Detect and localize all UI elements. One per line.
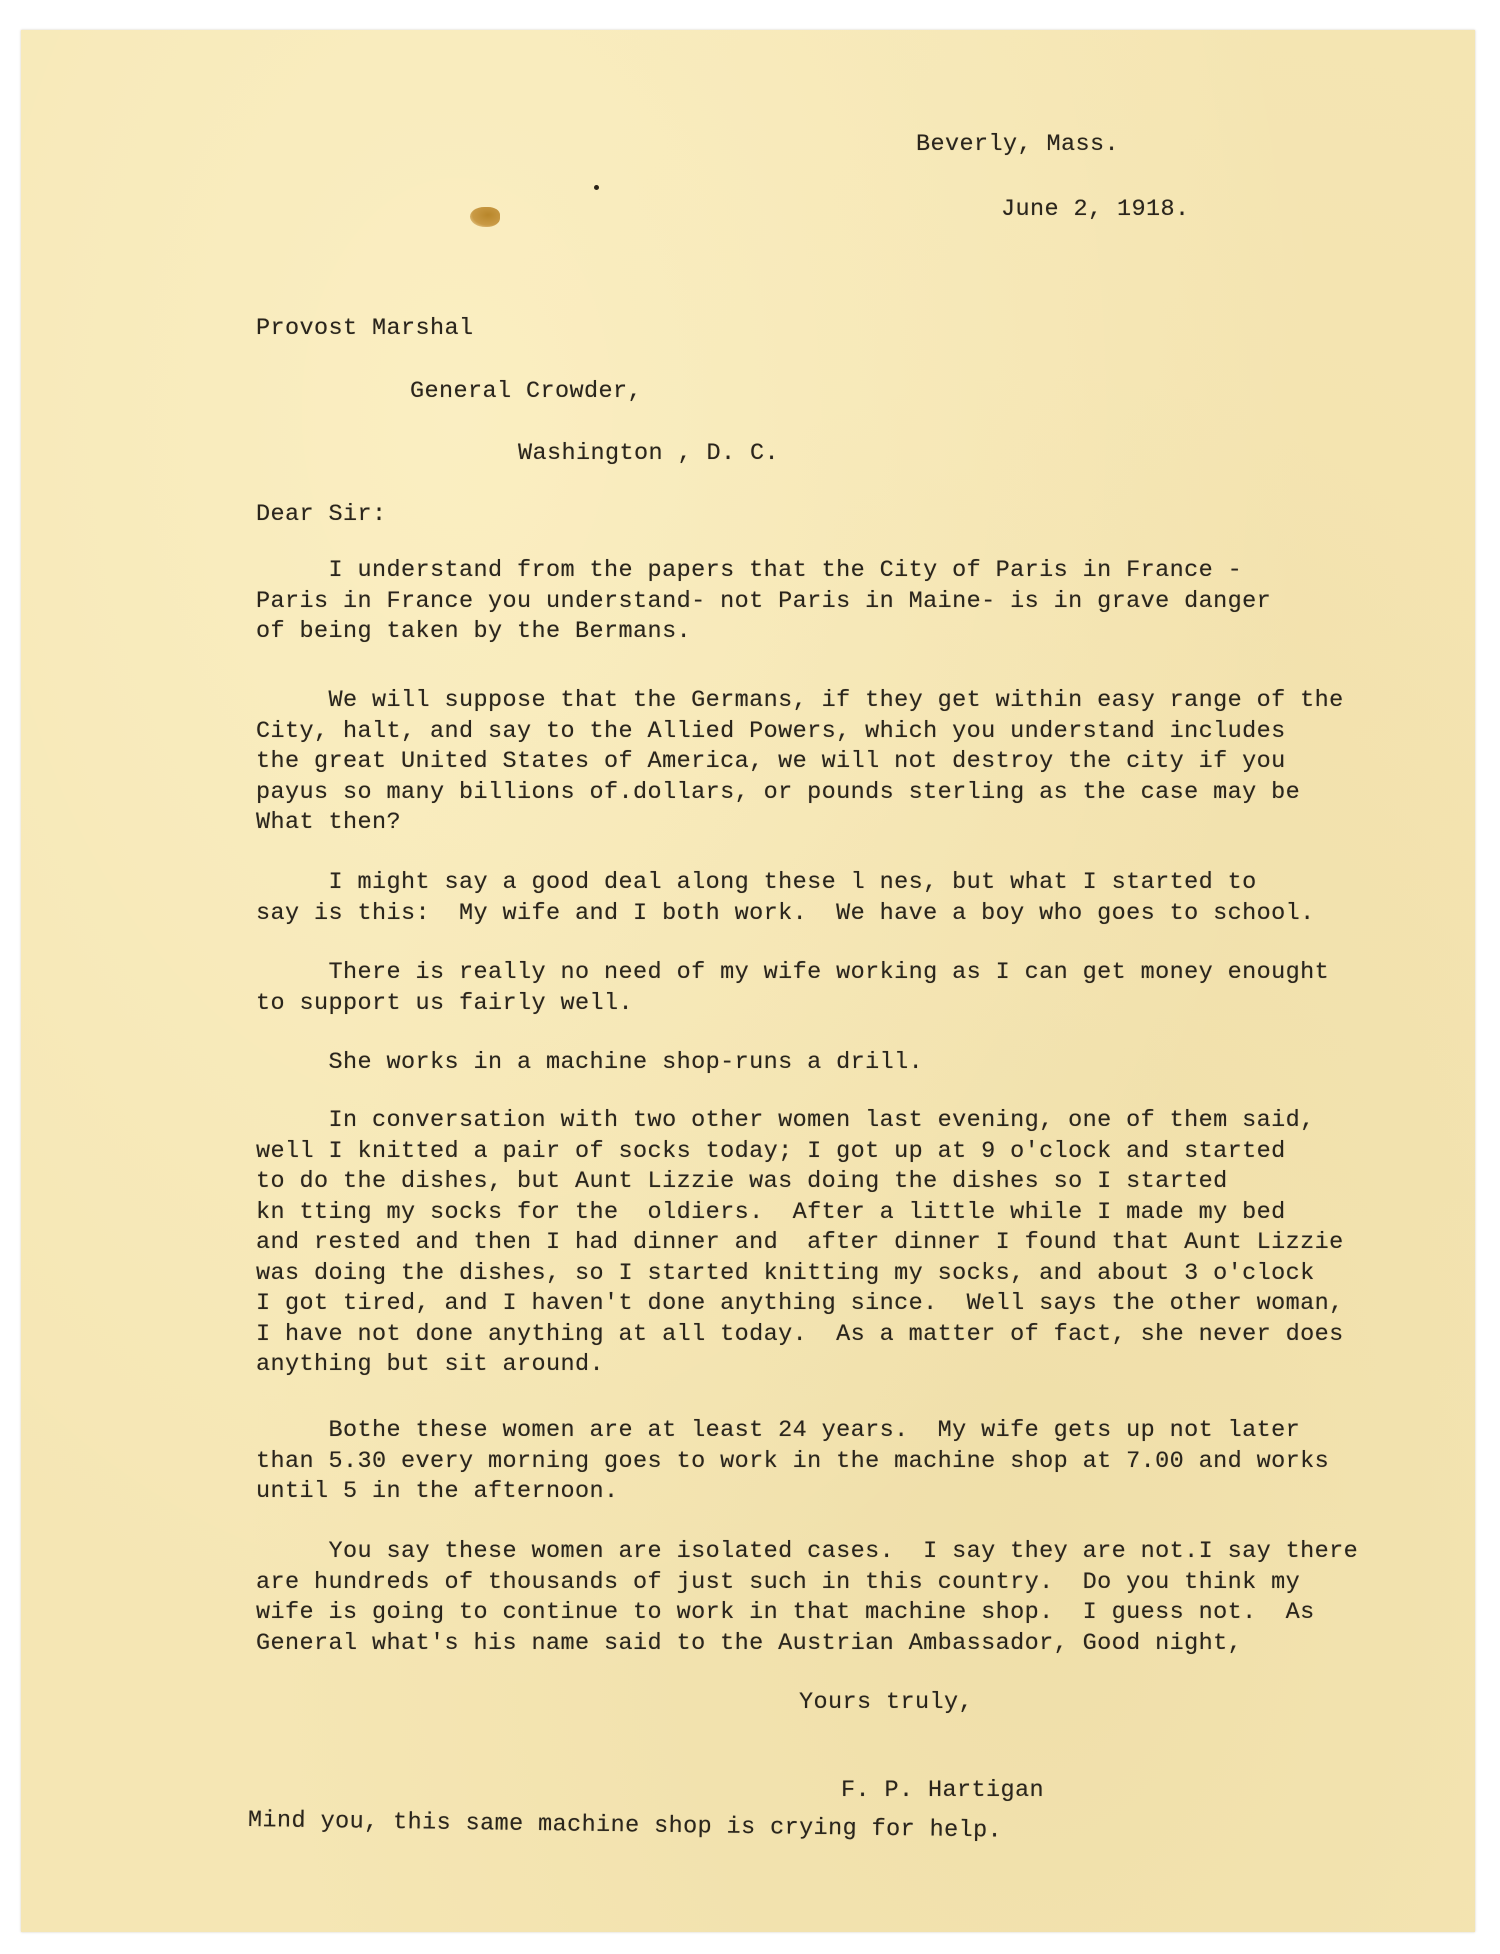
paragraph-6: In conversation with two other women las… <box>256 1106 1344 1381</box>
text-line: and rested and then I had dinner and aft… <box>256 1228 1344 1259</box>
text-line: well I knitted a pair of socks today; I … <box>256 1137 1344 1168</box>
letter-place: Beverly, Mass. <box>916 130 1119 161</box>
text-line: You say these women are isolated cases. … <box>256 1537 1358 1568</box>
text-line: are hundreds of thousands of just such i… <box>256 1568 1358 1599</box>
text-line: was doing the dishes, so I started knitt… <box>256 1259 1344 1290</box>
closing: Yours truly, <box>799 1688 973 1719</box>
recipient-line-2: General Crowder, <box>410 377 642 408</box>
paragraph-1: I understand from the papers that the Ci… <box>256 556 1271 648</box>
text-line: than 5.30 every morning goes to work in … <box>256 1447 1329 1478</box>
text-line: anything but sit around. <box>256 1350 1344 1381</box>
text-line: kn tting my socks for the oldiers. After… <box>256 1198 1344 1229</box>
text-line: of being taken by the Bermans. <box>256 617 1271 648</box>
text-line: until 5 in the afternoon. <box>256 1477 1329 1508</box>
text-line: General what's his name said to the Aust… <box>256 1629 1358 1660</box>
letter-date: June 2, 1918. <box>1001 195 1190 226</box>
paragraph-8: You say these women are isolated cases. … <box>256 1537 1358 1659</box>
paragraph-5: She works in a machine shop-runs a drill… <box>256 1048 923 1079</box>
text-line: I understand from the papers that the Ci… <box>256 556 1271 587</box>
text-line: to do the dishes, but Aunt Lizzie was do… <box>256 1167 1344 1198</box>
text-line: She works in a machine shop-runs a drill… <box>256 1048 923 1079</box>
text-line: to support us fairly well. <box>256 989 1329 1020</box>
text-line: I might say a good deal along these l ne… <box>256 868 1315 899</box>
recipient-line-3: Washington , D. C. <box>518 439 779 470</box>
paragraph-3: I might say a good deal along these l ne… <box>256 868 1315 929</box>
paragraph-7: Bothe these women are at least 24 years.… <box>256 1416 1329 1508</box>
paragraph-4: There is really no need of my wife worki… <box>256 958 1329 1019</box>
text-line: payus so many billions of.dollars, or po… <box>256 778 1344 809</box>
text-line: In conversation with two other women las… <box>256 1106 1344 1137</box>
text-line: What then? <box>256 808 1344 839</box>
signature: F. P. Hartigan <box>841 1776 1044 1807</box>
text-line: I have not done anything at all today. A… <box>256 1320 1344 1351</box>
text-line: There is really no need of my wife worki… <box>256 958 1329 989</box>
recipient-line-1: Provost Marshal <box>256 314 474 345</box>
stain-mark <box>470 207 500 227</box>
text-line: Paris in France you understand- not Pari… <box>256 587 1271 618</box>
text-line: wife is going to continue to work in tha… <box>256 1598 1358 1629</box>
text-line: We will suppose that the Germans, if the… <box>256 686 1344 717</box>
text-line: I got tired, and I haven't done anything… <box>256 1289 1344 1320</box>
ink-speck <box>594 185 599 190</box>
paragraph-2: We will suppose that the Germans, if the… <box>256 686 1344 839</box>
text-line: Bothe these women are at least 24 years.… <box>256 1416 1329 1447</box>
salutation: Dear Sir: <box>256 500 387 531</box>
text-line: City, halt, and say to the Allied Powers… <box>256 717 1344 748</box>
text-line: say is this: My wife and I both work. We… <box>256 899 1315 930</box>
text-line: the great United States of America, we w… <box>256 747 1344 778</box>
